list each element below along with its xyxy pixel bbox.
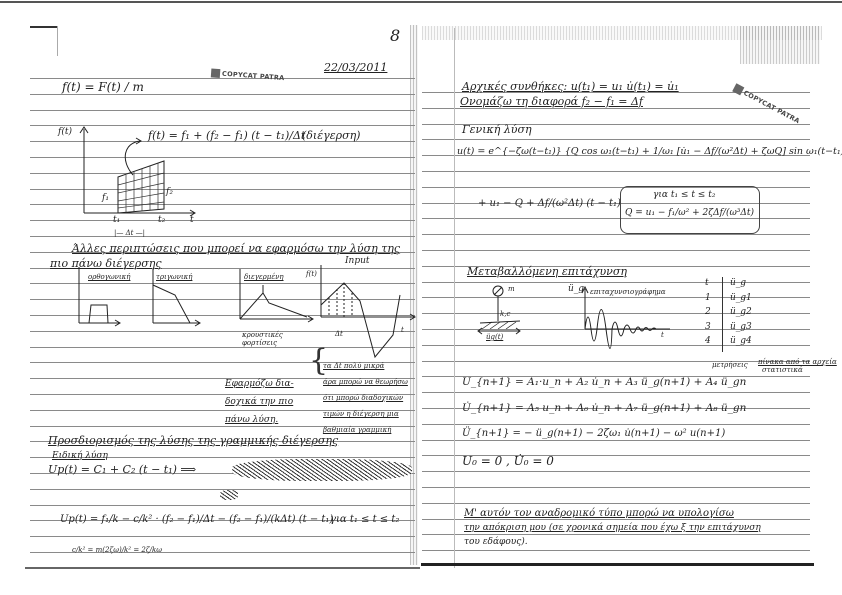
apply-right: τα Δt πολύ μικράάρα μπορώ να θεωρήσωότι … [323, 358, 408, 438]
up-range: για t₁ ≤ t ≤ t₂ [330, 514, 399, 526]
table-cell-t: 3 [705, 322, 711, 332]
method-title: Μεταβαλλόμενη επιτάχυνση [467, 266, 627, 278]
ruled-line [30, 236, 415, 237]
scribbled-out-text [232, 459, 412, 481]
ruled-line [422, 139, 810, 140]
label-t1: t₁ [113, 215, 120, 225]
copycat-logo-icon [211, 68, 221, 78]
ug-axis-label: ü_g [568, 284, 584, 294]
page-number: 8 [390, 30, 400, 42]
date: 22/03/2011 [324, 62, 387, 74]
conclusion-line-1: Μ' αυτόν τον αναδρομικό τύπο μπορώ να υπ… [464, 508, 734, 520]
copycat-stamp: COPYCAT PATRA [211, 68, 285, 82]
table-cell-t: 4 [705, 336, 711, 346]
table-cell-t: 2 [705, 307, 711, 317]
corner-mark [57, 26, 58, 56]
particular-sub: Ειδική λύση [52, 451, 108, 461]
conclusion-line-3: του εδάφους). [464, 536, 528, 548]
corner-mark [30, 26, 58, 28]
particular-title: Προσδιορισμός της λύσης της γραμμικής δι… [48, 435, 338, 447]
page-bottom-right [421, 563, 814, 566]
general-solution-eq-2: + u₁ − Q + Δf/(ω²Δt) (t − t₁) [478, 198, 621, 210]
ft-label: f(t) [306, 270, 317, 278]
dt-label: Δt [335, 330, 343, 338]
table-header-ug: ü_g [730, 278, 746, 288]
acceleration-recursion: Ü_{n+1} = − ü_g(n+1) − 2ζω₁ u̇(n+1) − ω²… [462, 428, 725, 440]
linear-load-note: (διέγερση) [302, 130, 360, 142]
ruled-line [422, 487, 810, 488]
q-definition: Q = u₁ − f₁/ω² + 2ζΔf/(ω³Δt) [625, 208, 754, 218]
copycat-stamp-2: COPYCAT PATRA [732, 83, 801, 125]
table-cell-ug: ü_g2 [730, 307, 752, 317]
ruled-line [30, 110, 415, 111]
ruled-line [30, 94, 415, 95]
scribble-mark [220, 490, 238, 500]
label-f2: f₂ [166, 187, 173, 197]
ruled-line [422, 234, 810, 235]
c-ratio: c/k² = m(2ζω)/k² = 2ζ/kω [72, 546, 162, 554]
box-range: για t₁ ≤ t ≤ t₂ [653, 190, 715, 200]
accelerogram-label: επιταχυνσιογράφημα [590, 288, 666, 296]
table-cell-t: 1 [705, 293, 711, 303]
ruled-line [422, 471, 810, 472]
ruled-line [422, 503, 810, 504]
velocity-recursion: U̇_{n+1} = A₅ u_n + A₆ u̇_n + A₇ ü_g(n+1… [462, 402, 746, 414]
kc-label: k,c [500, 310, 510, 318]
initial-zero: U₀ = 0 , U̇₀ = 0 [462, 455, 554, 467]
t-axis-label: t [661, 331, 664, 339]
ruled-line [30, 220, 415, 221]
linear-load-equation: f(t) = f₁ + (f₂ − f₁) (t − t₁)/Δt [148, 130, 305, 142]
ruled-line [30, 505, 415, 506]
ruled-line [422, 108, 810, 109]
ruled-line [30, 536, 415, 537]
table-cell-ug: ü_g3 [730, 322, 752, 332]
t-label: t [401, 326, 404, 334]
page-bottom-left [25, 567, 420, 569]
ruled-line [422, 440, 810, 441]
up-equation-2: Up(t) = f₁/k − c/k² · (f₂ − f₁)/Δt − (f₂… [60, 514, 333, 526]
ruled-line [422, 361, 810, 362]
ruled-line [422, 424, 810, 425]
up-equation-1: Up(t) = C₁ + C₂ (t − t₁) ⟹ [48, 464, 196, 476]
ruled-line [422, 392, 810, 393]
conclusion-line-2: την απόκριση μου (σε χρονικά σημεία που … [464, 522, 761, 534]
general-solution-eq: u(t) = e^{−ζω(t−t₁)} {Q cos ω₁(t−t₁) + 1… [457, 146, 842, 158]
scan-noise [740, 26, 820, 64]
label-t: t [190, 215, 194, 225]
general-solution-title: Γενική λύση [462, 124, 532, 136]
label-f1: f₁ [102, 193, 109, 203]
label-dt: |— Δt —| [114, 229, 145, 237]
ruled-line [422, 171, 810, 172]
table-divider [722, 277, 723, 352]
ground-accel-label: üg(t) [486, 333, 503, 341]
scan-top-border [0, 1, 842, 3]
mass-label: m [508, 285, 515, 293]
initial-conditions: Αρχικές συνθήκες: u(t₁) = u₁ u̇(t₁) = u̇… [462, 81, 679, 93]
define-difference: Ονομάζω τη διαφορά f₂ − f₁ = Δf [460, 96, 643, 108]
notebook-scan: 8 COPYCAT PATRA 22/03/2011 f(t) = F(t) /… [0, 0, 842, 595]
load-type-excited: διεγερμένη [244, 273, 284, 281]
other-cases-text: Άλλες περιπτώσεις που μπορεί να εφαρμόσω… [72, 243, 400, 255]
table-note-2: στατιστικά [762, 366, 803, 374]
side-note: μετρήσεις [712, 361, 748, 369]
ruled-line [422, 534, 810, 535]
displacement-recursion: U_{n+1} = A₁·u_n + A₂ u̇_n + A₃ ü_g(n+1)… [462, 376, 746, 388]
load-type-rectangular: ορθογωνική [88, 273, 130, 281]
load-type-triangular: τριγωνική [156, 273, 192, 281]
table-header-t: t [705, 278, 709, 288]
margin-line [454, 28, 455, 568]
ruled-line [422, 550, 810, 551]
ruled-line [422, 250, 810, 251]
ruled-line [422, 282, 810, 283]
impulse-note: κρουστικές φορτίσεις [242, 331, 292, 347]
table-note: πίνακα από τα αρχεία [758, 358, 837, 366]
apply-left: Εφαρμόζω δια-δοχικά την πιοπάνω λύση. [225, 375, 294, 429]
force-equation: f(t) = F(t) / m [62, 81, 144, 93]
graph-y-label: f(t) [58, 127, 72, 137]
label-t2: t₂ [158, 215, 165, 225]
table-cell-ug: ü_g4 [730, 336, 752, 346]
table-cell-ug: ü_g1 [730, 293, 752, 303]
